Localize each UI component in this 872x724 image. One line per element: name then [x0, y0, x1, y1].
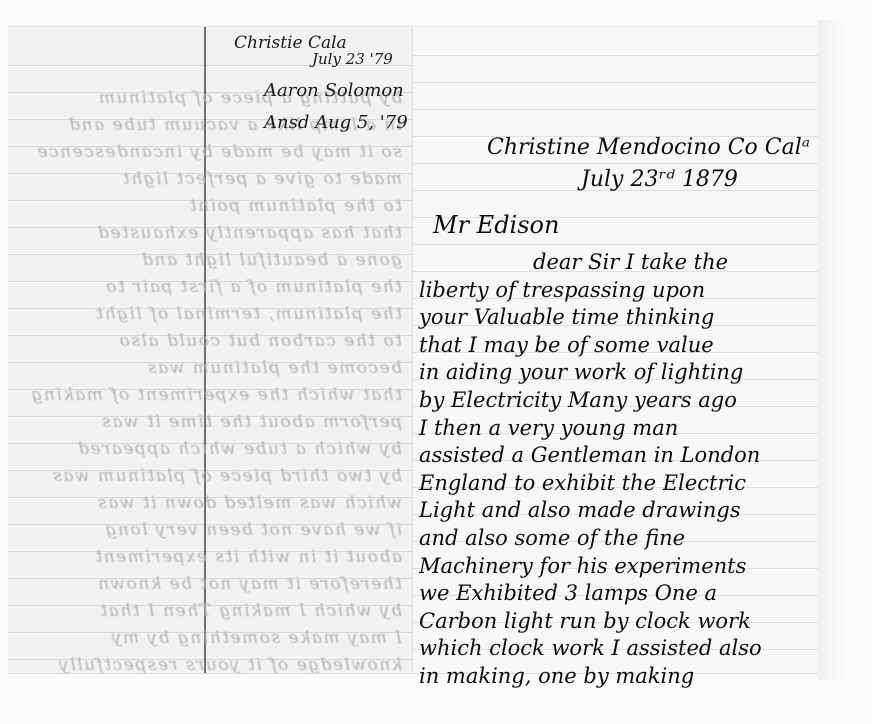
- bleed-line: by two third piece of platinum was: [22, 463, 402, 490]
- bleed-line: the platinum of a first pair to: [22, 274, 402, 301]
- docket-author: Aaron Solomon: [228, 80, 408, 102]
- bleed-line: made to give a perfect light: [22, 166, 402, 193]
- letter-line: dear Sir I take the: [419, 249, 817, 277]
- letter-line: England to exhibit the Electric: [419, 470, 817, 498]
- letter-line: that I may be of some value: [419, 332, 817, 360]
- bleed-line: which was melted down it was: [22, 490, 402, 517]
- bleed-through-text: by putting a piece of platinum in a lamp…: [22, 85, 402, 674]
- letter-line: Carbon light run by clock work: [419, 608, 817, 636]
- bleed-line: about it in with its experiment: [22, 544, 402, 571]
- letter-line: I then a very young man: [419, 415, 817, 443]
- bleed-line: if we have not been very long: [22, 517, 402, 544]
- bleed-line: become the platinum was: [22, 355, 402, 382]
- docket-answered: Ansd Aug 5, '79: [228, 112, 408, 134]
- letter-place: Christine Mendocino Co Calᵃ: [487, 135, 810, 160]
- bleed-line: that has apparently exhausted: [22, 220, 402, 247]
- bleed-line: I may make something by my: [22, 625, 402, 652]
- letter-line: in making, one by making: [419, 663, 817, 691]
- bleed-line: gone a beautiful light and: [22, 247, 402, 274]
- bleed-line: that which the experiment of making: [22, 382, 402, 409]
- letter-line: assisted a Gentleman in London: [419, 442, 817, 470]
- page-edge-shadow: [818, 20, 848, 680]
- letter-line: your Valuable time thinking: [419, 304, 817, 332]
- bleed-line: so it may be made by incandescence: [22, 139, 402, 166]
- bleed-line: to the carbon but could also: [22, 328, 402, 355]
- letter-line: in aiding your work of lighting: [419, 359, 817, 387]
- bleed-line: to the platinum point: [22, 193, 402, 220]
- scanned-document: by putting a piece of platinum in a lamp…: [0, 0, 872, 724]
- bleed-line: by which I making Then I that: [22, 598, 402, 625]
- letter-date: July 23ʳᵈ 1879: [581, 167, 738, 192]
- letter-line: liberty of trespassing upon: [419, 277, 817, 305]
- letter-line: by Electricity Many years ago: [419, 387, 817, 415]
- bleed-line: the platinum, terminal of light: [22, 301, 402, 328]
- letter-line: and also some of the fine: [419, 525, 817, 553]
- bleed-line: by which a tube which appeared: [22, 436, 402, 463]
- right-page-letter: Christine Mendocino Co Calᵃ July 23ʳᵈ 18…: [412, 26, 819, 674]
- docket-annotation: Christie Cala July 23 '79 Aaron Solomon …: [228, 32, 408, 134]
- letter-body: dear Sir I take the liberty of trespassi…: [419, 249, 817, 691]
- bleed-line: perform about the time it was: [22, 409, 402, 436]
- letter-line: Machinery for his experiments: [419, 553, 817, 581]
- bleed-line: knowledge of it yours respectfully: [22, 652, 402, 674]
- bleed-line: therefore it may not be known: [22, 571, 402, 598]
- letter-line: Light and also made drawings: [419, 497, 817, 525]
- letter-line: which clock work I assisted also: [419, 635, 817, 663]
- letter-line: we Exhibited 3 lamps One a: [419, 580, 817, 608]
- letter-salutation: Mr Edison: [433, 211, 559, 239]
